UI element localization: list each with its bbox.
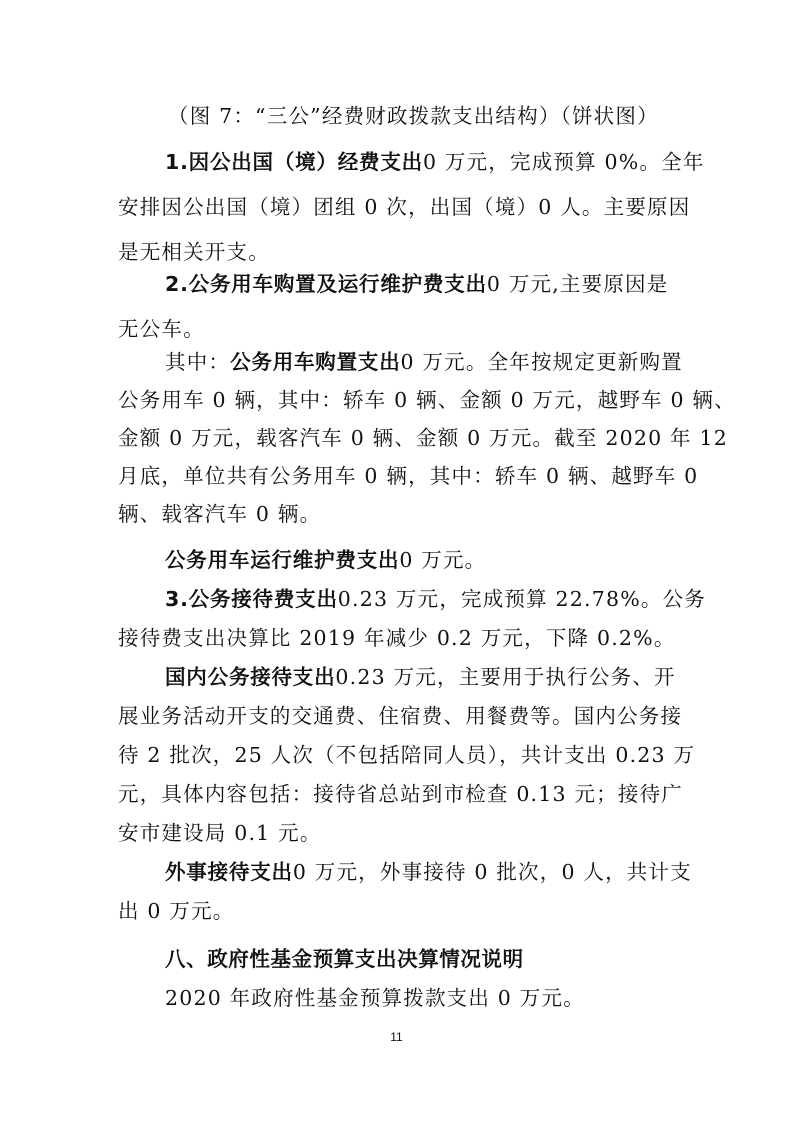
paragraph-1-line-1: 1.因公出国（境）经费支出0 万元，完成预算 0%。全年 bbox=[165, 150, 725, 174]
paragraph-2b-title: 公务用车运行维护费支出 bbox=[165, 548, 399, 572]
paragraph-2a-title: 公务用车购置支出 bbox=[230, 350, 400, 374]
paragraph-1-line-3: 是无相关开支。 bbox=[118, 240, 678, 264]
paragraph-2a-line-4: 月底，单位共有公务用车 0 辆，其中：轿车 0 辆、越野车 0 bbox=[118, 464, 678, 488]
paragraph-3a-line-3: 待 2 批次，25 人次（不包括陪同人员），共计支出 0.23 万 bbox=[118, 743, 678, 767]
paragraph-2a-line-3: 金额 0 万元，载客汽车 0 辆、金额 0 万元。截至 2020 年 12 bbox=[118, 426, 678, 450]
paragraph-3-title: 3.公务接待费支出 bbox=[165, 587, 338, 611]
paragraph-3-line-1: 3.公务接待费支出0.23 万元，完成预算 22.78%。公务 bbox=[165, 587, 725, 611]
paragraph-3b-line-1: 外事接待支出0 万元，外事接待 0 批次，0 人，共计支 bbox=[165, 860, 725, 884]
paragraph-2-line-2: 无公车。 bbox=[118, 317, 678, 341]
paragraph-3b-title: 外事接待支出 bbox=[165, 860, 293, 884]
paragraph-1-title: 1.因公出国（境）经费支出 bbox=[165, 150, 423, 174]
paragraph-3a-line-2: 展业务活动开支的交通费、住宿费、用餐费等。国内公务接 bbox=[118, 704, 678, 728]
paragraph-3a-line-4: 元，具体内容包括：接待省总站到市检查 0.13 元；接待广 bbox=[118, 782, 678, 806]
document-page: （图 7：“三公”经费财政拨款支出结构）（饼状图） 1.因公出国（境）经费支出0… bbox=[0, 0, 793, 1122]
paragraph-2a-line-1: 其中：公务用车购置支出0 万元。全年按规定更新购置 bbox=[165, 350, 725, 374]
paragraph-2-line-1: 2.公务用车购置及运行维护费支出0 万元,主要原因是 bbox=[165, 272, 725, 296]
paragraph-1-line-2: 安排因公出国（境）团组 0 次，出国（境）0 人。主要原因 bbox=[118, 195, 678, 219]
paragraph-2-title: 2.公务用车购置及运行维护费支出 bbox=[165, 272, 487, 296]
paragraph-3a-line-5: 安市建设局 0.1 元。 bbox=[118, 821, 678, 845]
section-8-line-1: 2020 年政府性基金预算拨款支出 0 万元。 bbox=[165, 986, 725, 1010]
paragraph-3-line-2: 接待费支出决算比 2019 年减少 0.2 万元，下降 0.2%。 bbox=[118, 626, 678, 650]
page-number: 11 bbox=[0, 1030, 793, 1044]
paragraph-3a-line-1: 国内公务接待支出0.23 万元，主要用于执行公务、开 bbox=[165, 665, 725, 689]
paragraph-3a-title: 国内公务接待支出 bbox=[165, 665, 335, 689]
paragraph-2a-line-5: 辆、载客汽车 0 辆。 bbox=[118, 502, 678, 526]
paragraph-2b-line-1: 公务用车运行维护费支出0 万元。 bbox=[165, 548, 725, 572]
section-8-heading: 八、政府性基金预算支出决算情况说明 bbox=[165, 947, 725, 971]
paragraph-2a-line-2: 公务用车 0 辆，其中：轿车 0 辆、金额 0 万元，越野车 0 辆、 bbox=[118, 388, 678, 412]
paragraph-3b-line-2: 出 0 万元。 bbox=[118, 899, 678, 923]
figure-caption: （图 7：“三公”经费财政拨款支出结构）（饼状图） bbox=[168, 104, 728, 128]
